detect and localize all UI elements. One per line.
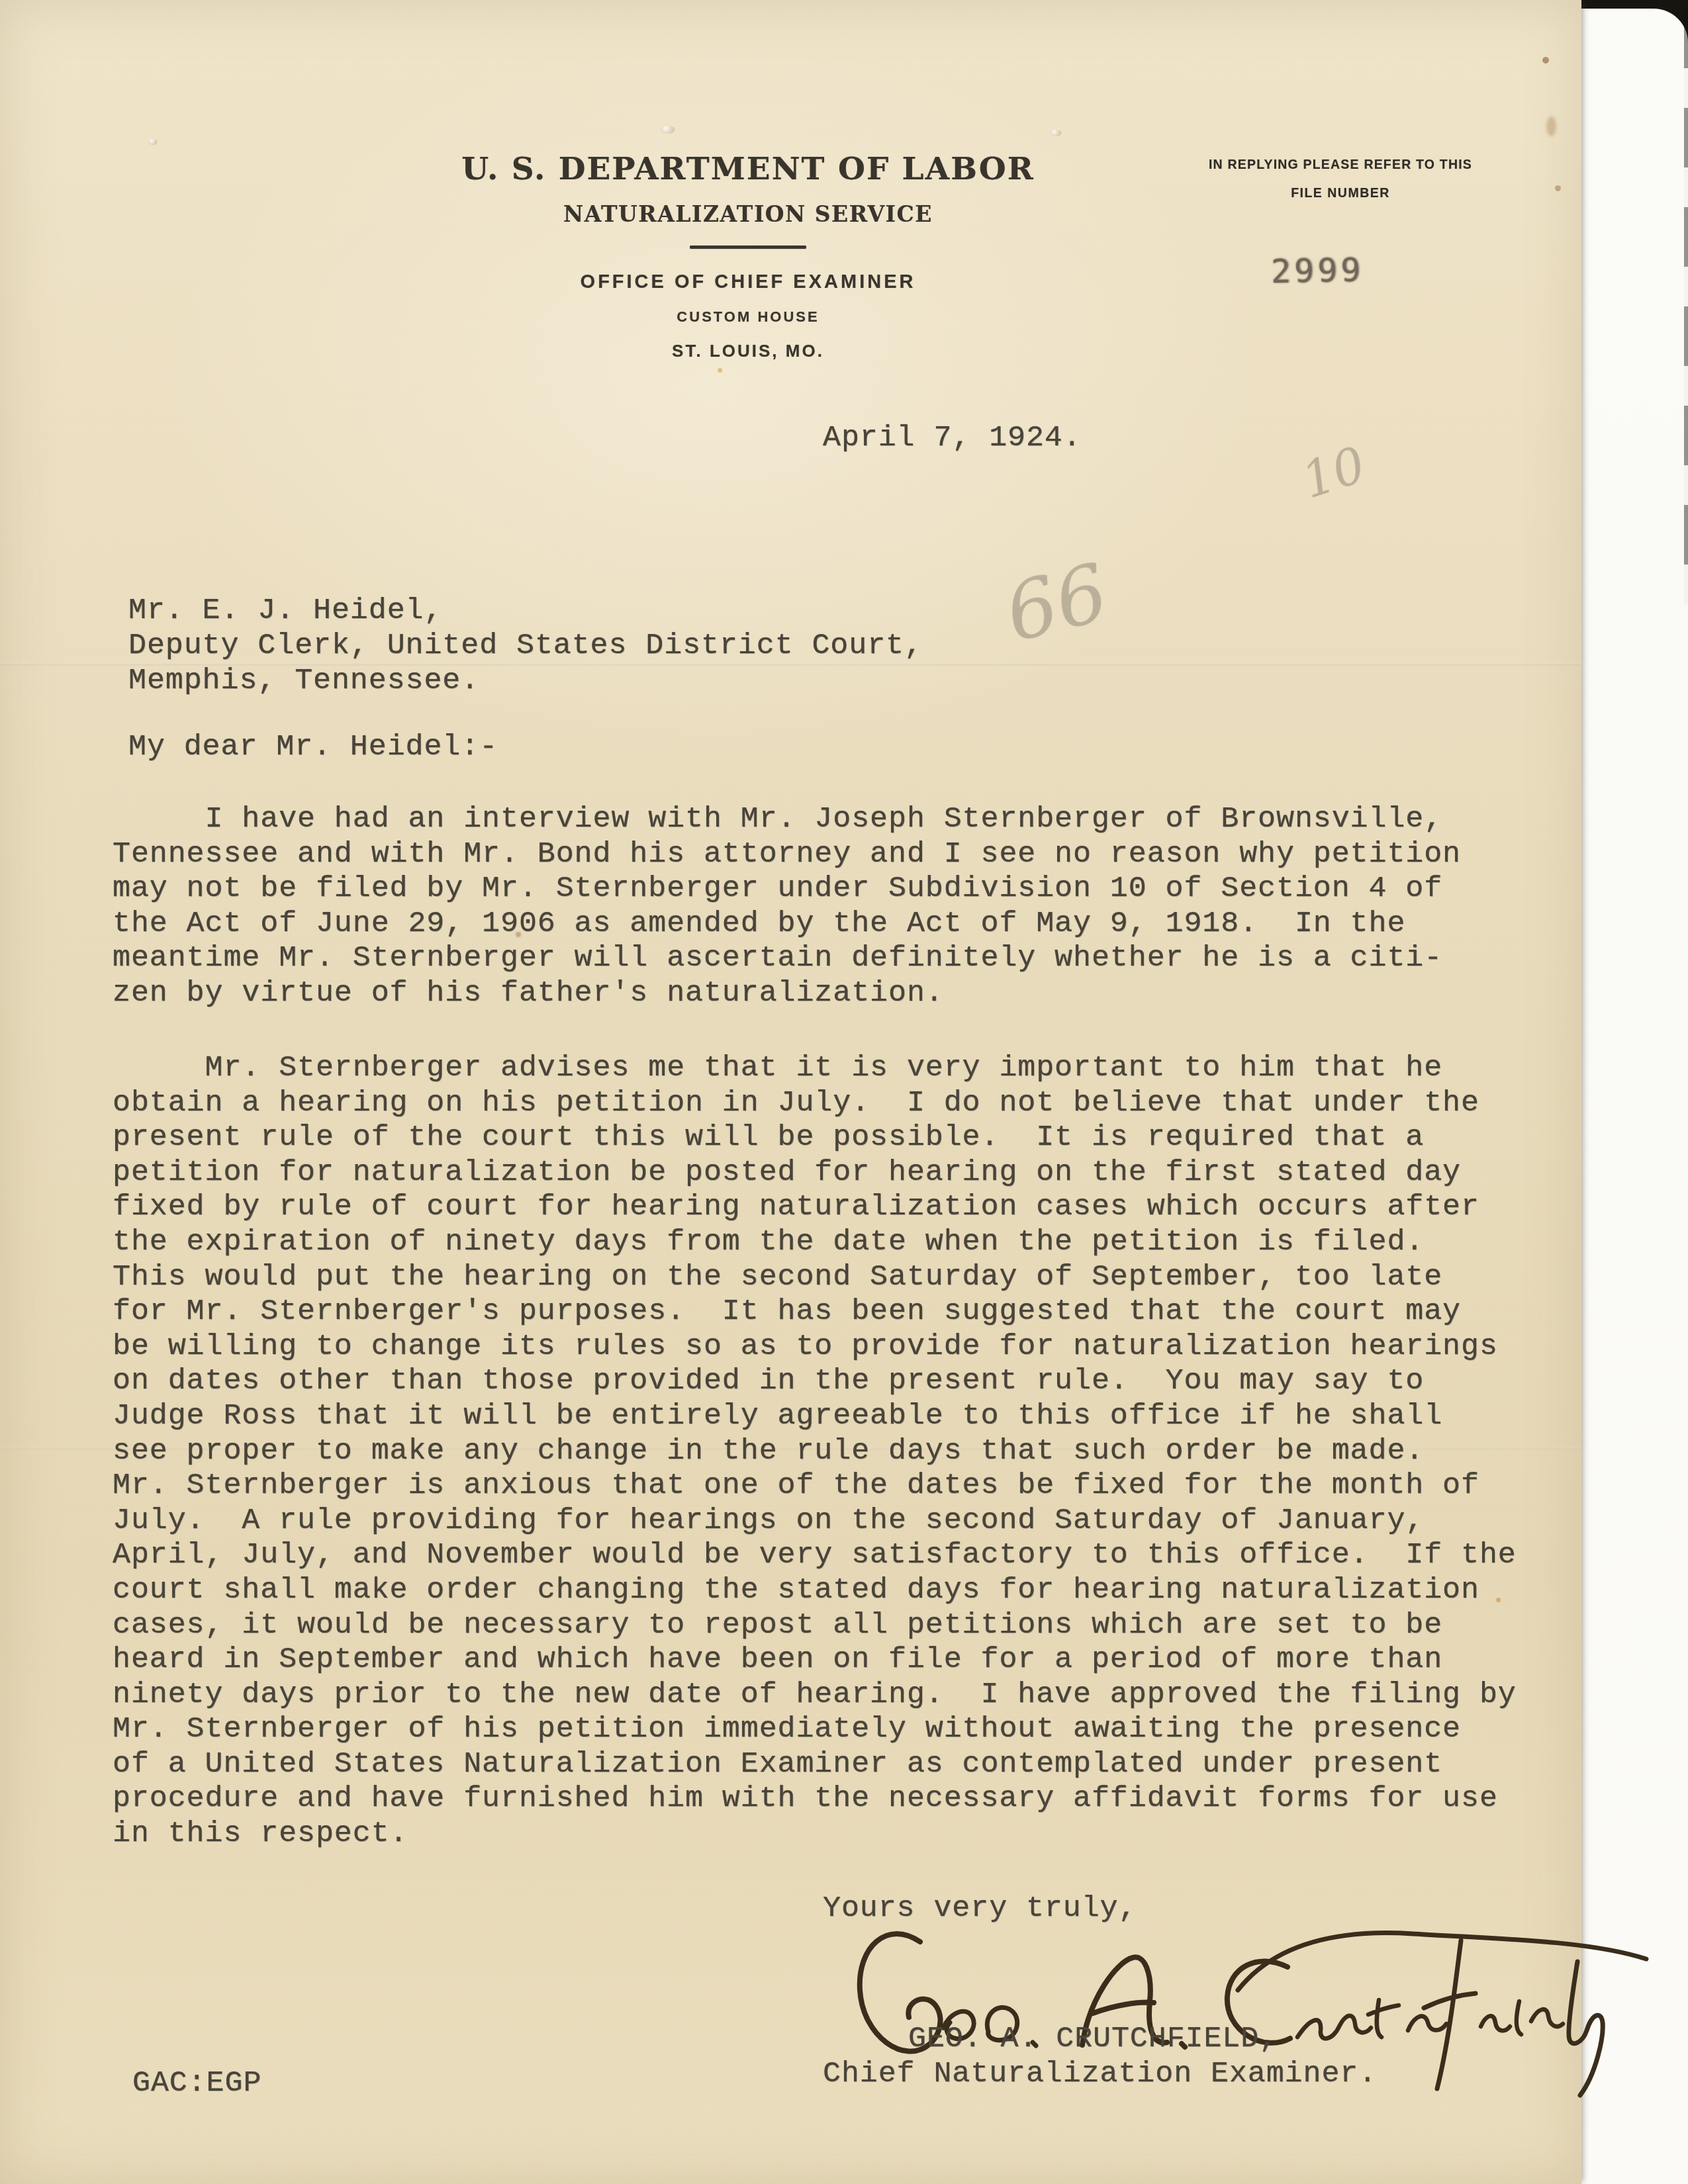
typed-line: be willing to change its rules so as to …: [113, 1330, 1517, 1365]
letterhead-building: CUSTOM HOUSE: [437, 308, 1059, 326]
pencil-mark-10: 10: [1295, 437, 1372, 510]
typed-line: Judge Ross that it will be entirely agre…: [113, 1399, 1517, 1434]
signer-name: GEO. A. CRUTCHFIELD,: [908, 2022, 1278, 2056]
typed-line: cases, it would be necessary to repost a…: [113, 1608, 1517, 1643]
salutation: My dear Mr. Heidel:-: [128, 730, 498, 764]
typed-line: Memphis, Tennessee.: [128, 663, 923, 698]
paper-dent: [661, 126, 675, 134]
stain-speck: [718, 368, 722, 373]
signer-title: Chief Naturalization Examiner.: [823, 2057, 1377, 2091]
typed-line: may not be filed by Mr. Sternberger unde…: [113, 872, 1461, 907]
typed-line: petition for naturalization be posted fo…: [113, 1156, 1517, 1191]
body-paragraph-2: Mr. Sternberger advises me that it is ve…: [113, 1051, 1517, 1852]
letterhead-rule: [690, 246, 806, 249]
typed-line: court shall make order changing the stat…: [113, 1573, 1517, 1608]
refer-note-line1: IN REPLYING PLEASE REFER TO THIS: [1185, 158, 1496, 173]
typed-line: of a United States Naturalization Examin…: [113, 1747, 1517, 1782]
typed-line: see proper to make any change in the rul…: [113, 1434, 1517, 1469]
paper-dent: [148, 139, 158, 145]
typed-line: procedure and have furnished him with th…: [113, 1782, 1517, 1817]
scan-edge-shadow: [1684, 9, 1688, 604]
stain-speck: [1546, 116, 1556, 136]
typed-line: I have had an interview with Mr. Joseph …: [113, 802, 1461, 837]
letterhead-service: NATURALIZATION SERVICE: [437, 201, 1059, 227]
typed-line: the expiration of ninety days from the d…: [113, 1225, 1517, 1260]
typed-line: obtain a hearing on his petition in July…: [113, 1086, 1517, 1121]
typed-line: This would put the hearing on the second…: [113, 1260, 1517, 1295]
typed-line: zen by virtue of his father's naturaliza…: [113, 976, 1461, 1011]
typed-line: Tennessee and with Mr. Bond his attorney…: [113, 837, 1461, 872]
scanned-letter: U. S. DEPARTMENT OF LABOR NATURALIZATION…: [0, 0, 1688, 2184]
recipient-address: Mr. E. J. Heidel,Deputy Clerk, United St…: [128, 593, 923, 698]
stain-speck: [1542, 57, 1549, 64]
date-line: April 7, 1924.: [823, 421, 1082, 455]
pencil-mark-66: 66: [996, 547, 1117, 660]
body-paragraph-1: I have had an interview with Mr. Joseph …: [113, 802, 1461, 1011]
typed-line: meantime Mr. Sternberger will ascertain …: [113, 941, 1461, 976]
typist-initials: GAC:EGP: [132, 2066, 261, 2100]
typed-line: on dates other than those provided in th…: [113, 1364, 1517, 1399]
typed-line: for Mr. Sternberger's purposes. It has b…: [113, 1295, 1517, 1330]
refer-note-line2: FILE NUMBER: [1185, 186, 1496, 201]
paper-dent: [1050, 130, 1062, 136]
stain-speck: [1555, 185, 1561, 191]
letterhead-city: ST. LOUIS, MO.: [437, 341, 1059, 361]
letterhead-department: U. S. DEPARTMENT OF LABOR: [437, 151, 1059, 187]
typed-line: heard in September and which have been o…: [113, 1643, 1517, 1678]
letterhead-office: OFFICE OF CHIEF EXAMINER: [437, 271, 1059, 293]
typed-line: Mr. E. J. Heidel,: [128, 593, 923, 628]
typed-line: fixed by rule of court for hearing natur…: [113, 1190, 1517, 1225]
typed-line: July. A rule providing for hearings on t…: [113, 1504, 1517, 1539]
file-number-stamp: 2999: [1271, 251, 1364, 291]
typed-line: Mr. Sternberger of his petition immediat…: [113, 1712, 1517, 1747]
typed-line: Deputy Clerk, United States District Cou…: [128, 628, 923, 663]
typed-line: ninety days prior to the new date of hea…: [113, 1678, 1517, 1713]
letter-paper: U. S. DEPARTMENT OF LABOR NATURALIZATION…: [0, 0, 1581, 2184]
typed-line: present rule of the court this will be p…: [113, 1120, 1517, 1156]
typed-line: Mr. Sternberger advises me that it is ve…: [113, 1051, 1517, 1086]
typed-line: in this respect.: [113, 1817, 1517, 1852]
typed-line: Mr. Sternberger is anxious that one of t…: [113, 1469, 1517, 1504]
typed-line: the Act of June 29, 1906 as amended by t…: [113, 907, 1461, 942]
typed-line: April, July, and November would be very …: [113, 1538, 1517, 1573]
